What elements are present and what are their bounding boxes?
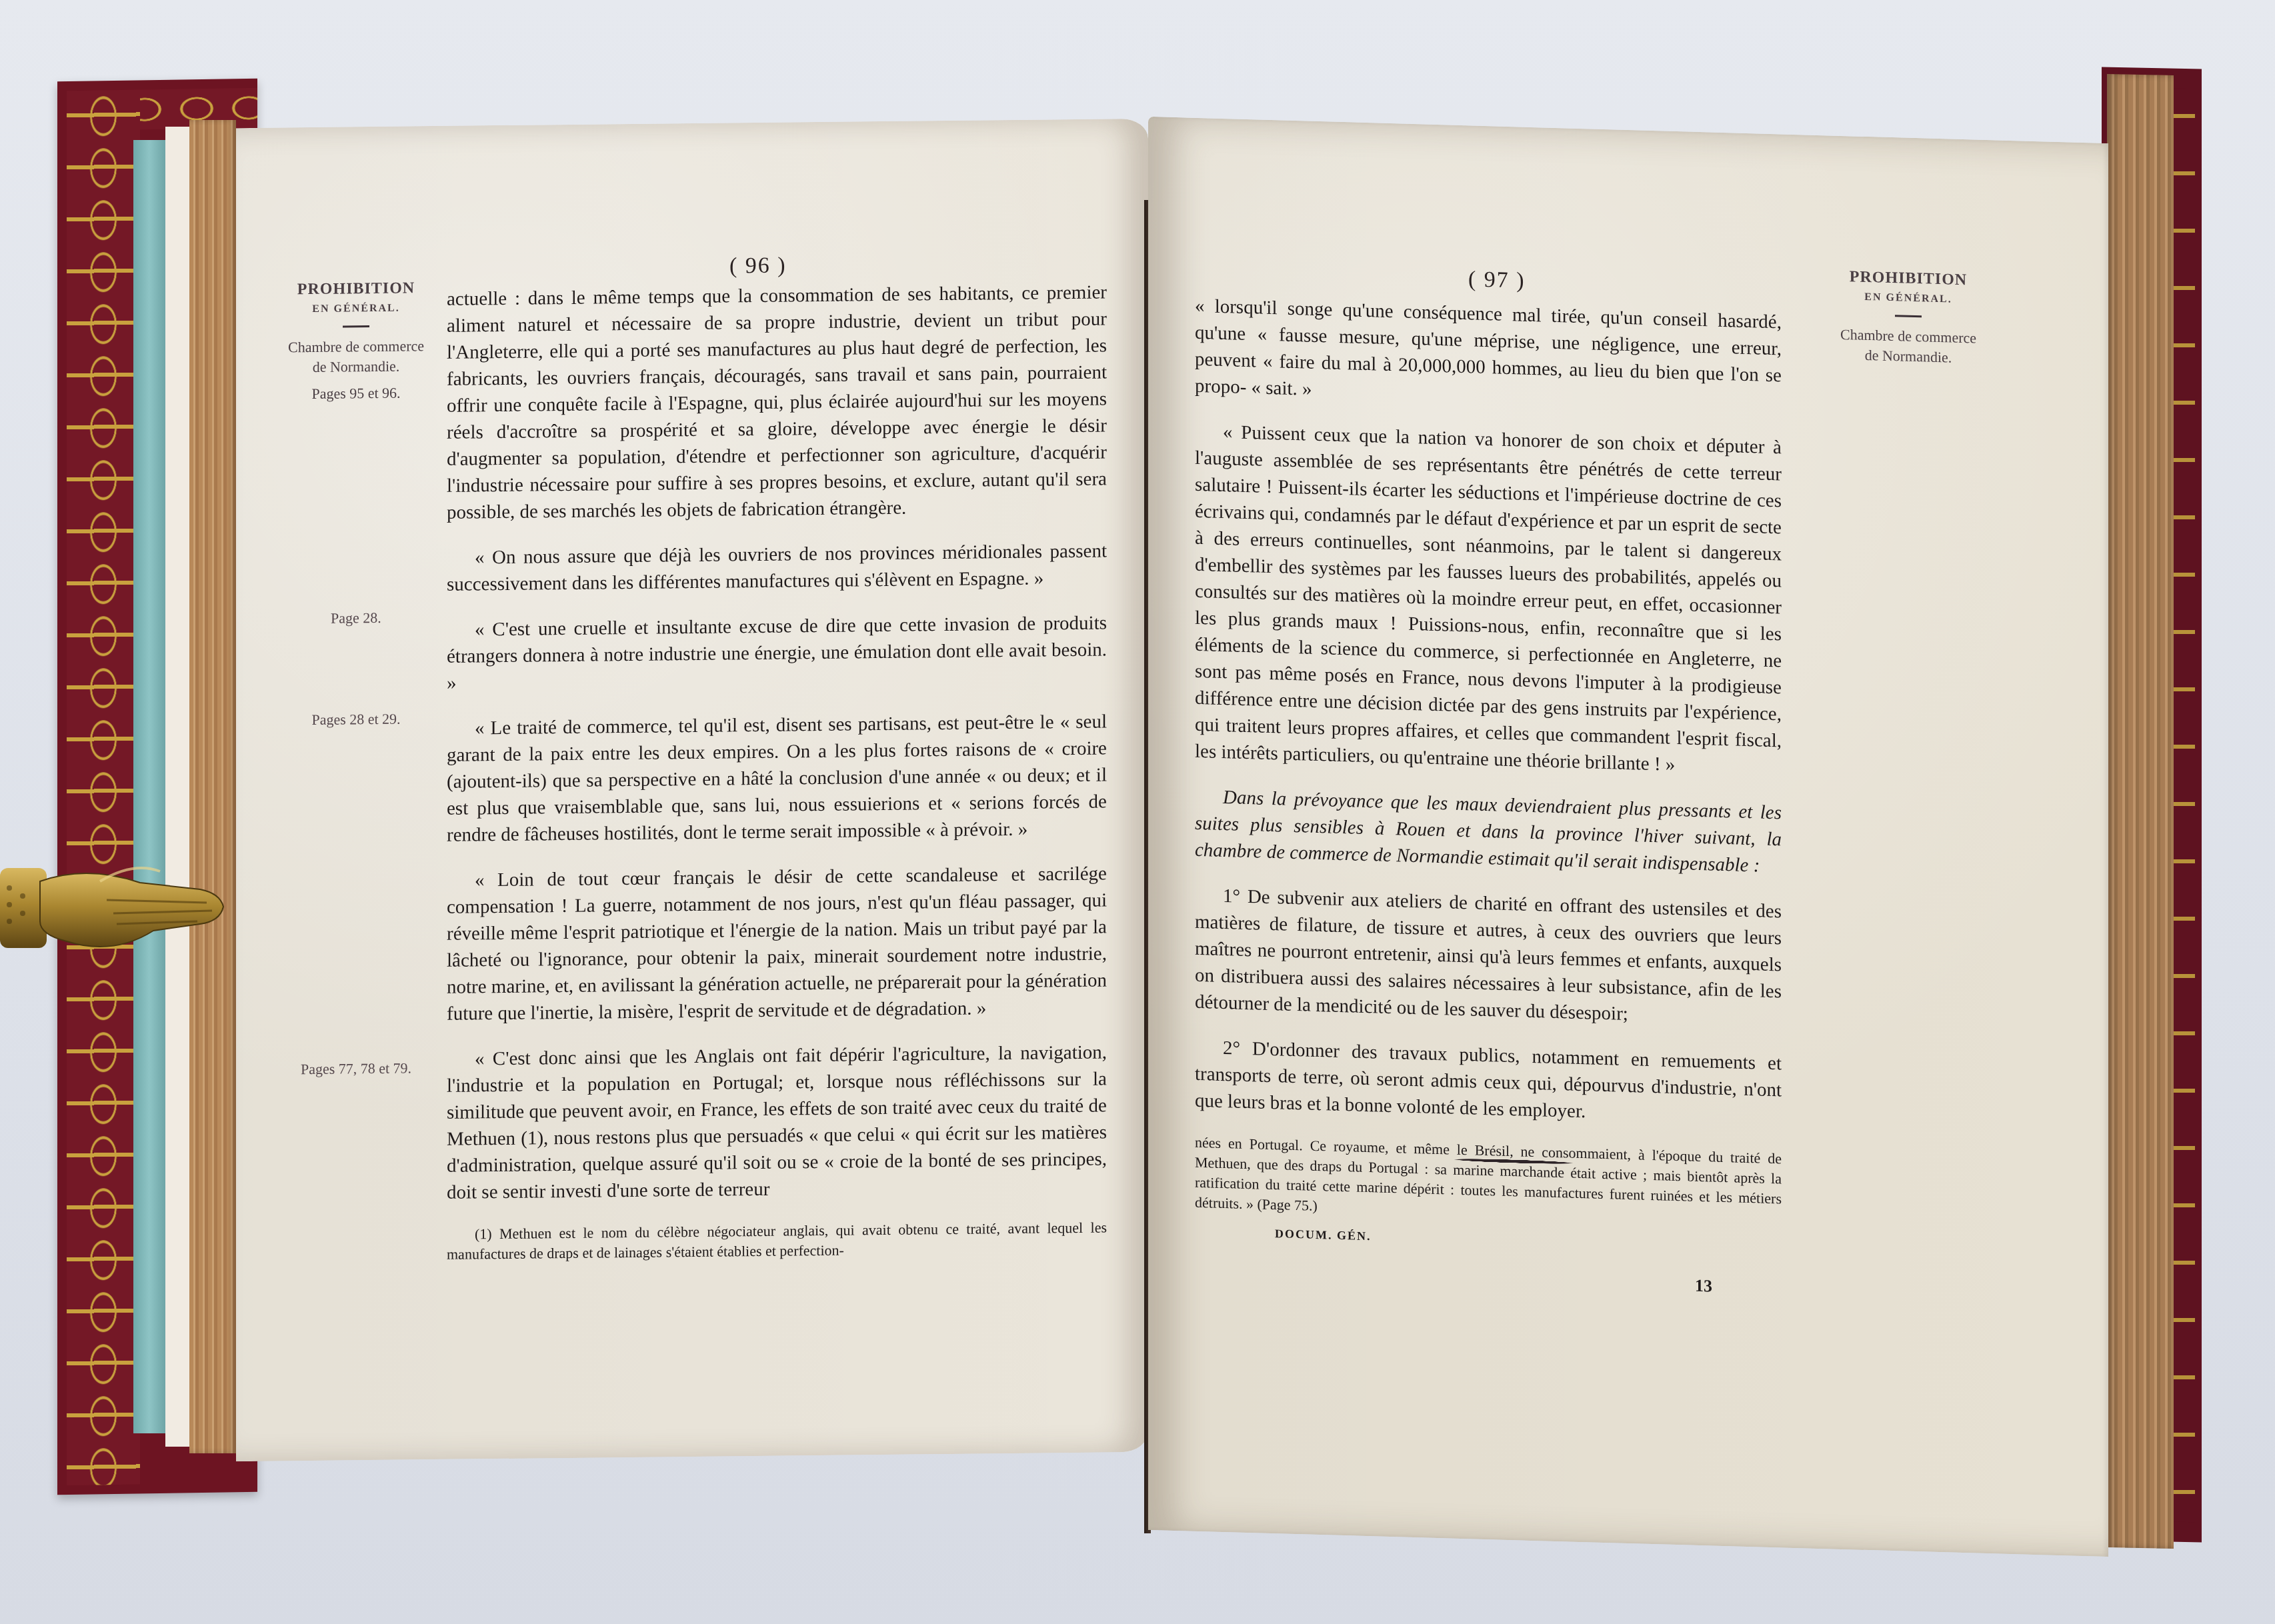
page-number: ( 97 ) xyxy=(1468,267,1526,293)
sheet-number: 13 xyxy=(1695,1276,1712,1297)
footnote: (1) Methuen est le nom du célèbre négoci… xyxy=(447,1217,1107,1264)
page-edges-right xyxy=(2107,74,2174,1549)
page-96: ( 96 ) PROHIBITION EN GÉNÉRAL. Chambre d… xyxy=(236,119,1148,1461)
body-text: actuelle : dans le même temps que la con… xyxy=(447,279,1107,1283)
signature-mark: DOCUM. GÉN. xyxy=(1275,1227,1372,1243)
sidenote-subtitle: EN GÉNÉRAL. xyxy=(276,298,436,320)
paragraph: « C'est une cruelle et insultante excuse… xyxy=(447,609,1107,696)
paragraph: actuelle : dans le même temps que la con… xyxy=(447,279,1107,525)
page-number: ( 96 ) xyxy=(729,253,787,279)
page-97: ( 97 ) PROHIBITION EN GÉNÉRAL. Chambre d… xyxy=(1148,117,2108,1557)
blue-endpaper xyxy=(133,140,165,1433)
sidenote: PROHIBITION EN GÉNÉRAL. Chambre de comme… xyxy=(1828,266,1988,369)
paragraph: « Puissent ceux que la nation va honorer… xyxy=(1195,418,1782,781)
sidenote-source: Chambre de commerce xyxy=(276,336,436,358)
margin-ref: Pages 28 et 29. xyxy=(276,710,436,729)
paragraph: « C'est donc ainsi que les Anglais ont f… xyxy=(447,1039,1107,1205)
paragraph: « lorsqu'il songe qu'une conséquence mal… xyxy=(1195,293,1782,416)
flyleaf xyxy=(165,127,189,1447)
paragraph: 1° De subvenir aux ateliers de charité e… xyxy=(1195,882,1782,1032)
margin-ref: Page 28. xyxy=(276,609,436,628)
sidenote-rule xyxy=(1895,315,1922,317)
sidenote-pages: Pages 95 et 96. xyxy=(276,383,436,405)
footnote-continued: nées en Portugal. Ce royaume, et même le… xyxy=(1195,1133,1782,1229)
gilt-tooling-border xyxy=(67,89,140,1485)
body-text: « lorsqu'il songe qu'une conséquence mal… xyxy=(1195,293,1782,1248)
page-edges-left xyxy=(189,120,236,1453)
paragraph: « On nous assure que déjà les ouvriers d… xyxy=(447,537,1107,597)
paragraph: « Le traité de commerce, tel qu'il est, … xyxy=(447,708,1107,848)
sidenote-title: PROHIBITION xyxy=(276,278,436,300)
paragraph-italic: Dans la prévoyance que les maux deviendr… xyxy=(1195,783,1782,880)
sidenote: PROHIBITION EN GÉNÉRAL. Chambre de comme… xyxy=(276,278,436,405)
sidenote-source-2: de Normandie. xyxy=(276,356,436,378)
margin-ref: Pages 77, 78 et 79. xyxy=(276,1059,436,1079)
brass-hand-clasp-icon xyxy=(0,841,233,975)
paragraph: « Loin de tout cœur français le désir de… xyxy=(447,860,1107,1027)
sidenote-rule xyxy=(343,325,369,327)
paragraph: 2° D'ordonner des travaux publics, notam… xyxy=(1195,1034,1782,1131)
